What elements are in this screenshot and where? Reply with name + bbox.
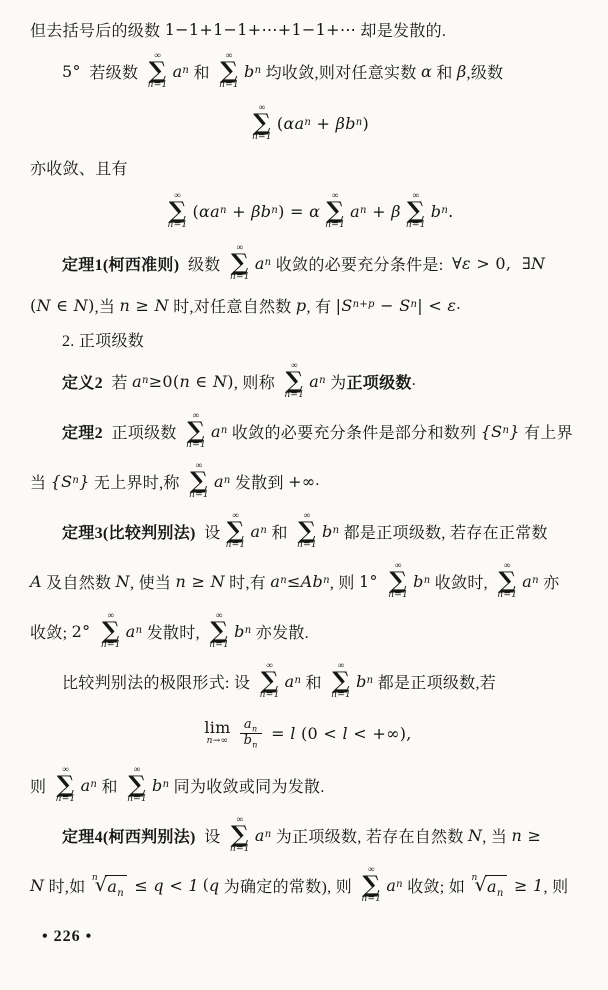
sigma-glyph: ∑ (332, 670, 350, 692)
math-variable: } (509, 422, 519, 441)
summation-lower-limit: n=1 (101, 641, 121, 651)
math-variable: ≤Ab (287, 572, 323, 591)
summation-lower-limit: n=1 (497, 591, 517, 601)
math-variable: {S (51, 472, 73, 491)
text-run: . (315, 472, 319, 490)
text-run: 若级数 (81, 60, 143, 83)
sigma-glyph: ∑ (298, 520, 316, 542)
theorem-4-continuation: N 时,如 n√an ≤ q < 1 (q 为确定的常数), 则 ∞∑n=1an… (30, 860, 586, 910)
theorem-2-line: 定理2 正项级数 ∞∑n=1an 收敛的必要充分条件是部分和数列 {Sn} 有上… (30, 406, 586, 456)
summation-symbol: ∞∑n=1 (186, 411, 206, 452)
text-run: 级数 (179, 252, 225, 275)
math-variable: βb (251, 202, 271, 221)
text-run: 若 (103, 370, 132, 393)
math-variable: a (522, 572, 532, 591)
summation-symbol: ∞∑n=1 (127, 765, 147, 806)
summation-lower-limit: n=1 (168, 221, 188, 231)
subscript: n (497, 888, 504, 899)
theorem-2-continuation: 当 {Sn} 无上界时,称 ∞∑n=1an 发散到 +∞. (30, 456, 586, 506)
sigma-glyph: ∑ (187, 420, 205, 442)
math-run: 2° (72, 622, 96, 641)
math-variable: a (126, 622, 136, 641)
doc-body: 但去括号后的级数 1−1+1−1+⋯+1−1+⋯ 却是发散的.5° 若级数 ∞∑… (30, 12, 586, 910)
summation-lower-limit: n=1 (148, 81, 168, 91)
summation-lower-limit: n=1 (226, 541, 246, 551)
text-run: 无上界时,称 (90, 470, 184, 493)
text-run: 却是发散的. (356, 18, 446, 41)
summation-symbol: ∞∑n=1 (260, 661, 280, 702)
radicand: an (105, 875, 127, 896)
sigma-glyph: ∑ (261, 670, 279, 692)
math-variable: b (431, 202, 442, 221)
summation-lower-limit: n=1 (186, 441, 206, 451)
text-run: , 有 (306, 294, 335, 317)
math-run: ≥0( (149, 372, 180, 391)
sigma-glyph: ∑ (498, 570, 516, 592)
summation-symbol: ∞∑n=1 (325, 191, 345, 232)
limit-subscript: n→∞ (207, 736, 229, 747)
textbook-page: 但去括号后的级数 1−1+1−1+⋯+1−1+⋯ 却是发散的.5° 若级数 ∞∑… (0, 0, 608, 990)
theorem-1-continuation: (N ∈ N),当 n ≥ N 时,对任意自然数 p, 有 |Sn+p − Sn… (30, 288, 586, 322)
math-run: + (227, 202, 251, 221)
text-run: 设 (196, 824, 225, 847)
summation-lower-limit: n=1 (361, 895, 381, 905)
bold-run: 定理1(柯西准则) (62, 252, 179, 275)
text-run: 为 (326, 370, 347, 393)
sigma-glyph: ∑ (326, 200, 344, 222)
summation-symbol: ∞∑n=1 (230, 815, 250, 856)
property-5-line: 5° 若级数 ∞∑n=1an 和 ∞∑n=1bn 均收敛,则对任意实数 α 和 … (30, 46, 586, 96)
text-run: 都是正项级数, 若存在正常数 (339, 520, 548, 543)
page-number: • 226 • (30, 928, 586, 946)
summation-lower-limit: n=1 (284, 391, 304, 401)
math-variable: a (251, 522, 261, 541)
summation-symbol: ∞∑n=1 (331, 661, 351, 702)
text-run: . (456, 296, 460, 314)
math-variable: A (30, 572, 42, 591)
math-run: . (448, 202, 453, 221)
formula-linear-combination: ∞∑n=1(αan + βbn) (30, 96, 586, 150)
text-run: 正项级数 (103, 420, 181, 443)
summation-lower-limit: n=1 (230, 273, 250, 283)
summation-symbol: ∞∑n=1 (148, 51, 168, 92)
math-variable: αa (199, 202, 220, 221)
summation-lower-limit: n=1 (331, 691, 351, 701)
limit-symbol: limn→∞ (204, 720, 230, 747)
text-run: 和 (267, 520, 292, 543)
math-variable: a (132, 372, 142, 391)
text-run: 均收敛,则对任意实数 (261, 60, 421, 83)
math-variable: a (285, 672, 295, 691)
text-run: , 则 (544, 874, 569, 897)
math-variable: βb (336, 114, 356, 133)
text-run: , 则称 (234, 370, 280, 393)
math-run: = (266, 724, 290, 743)
math-variable: b (152, 776, 163, 795)
bold-run: 定理2 (62, 420, 103, 443)
math-run: 5° (62, 62, 81, 81)
math-variable: b (322, 522, 333, 541)
math-variable: b (356, 672, 367, 691)
bold-run: 定义2 (62, 370, 103, 393)
sigma-glyph: ∑ (210, 620, 228, 642)
math-variable: a (350, 202, 360, 221)
math-variable: ≥ 1 (509, 876, 544, 895)
math-run: +∞ (288, 472, 315, 491)
math-run: 1° (359, 572, 383, 591)
text-run: 收敛时, (430, 570, 492, 593)
fraction-numerator: an (240, 718, 262, 733)
radicand: an (485, 875, 507, 896)
math-variable: ≤ q < 1 (129, 876, 199, 895)
summation-lower-limit: n=1 (252, 133, 272, 143)
sigma-glyph: ∑ (169, 200, 187, 222)
limit-form-conclusion: 则 ∞∑n=1an 和 ∞∑n=1bn 同为收敛或同为发散. (30, 760, 586, 810)
math-variable: n ≥ N (175, 572, 224, 591)
sigma-glyph: ∑ (253, 112, 271, 134)
math-run: ∀ (452, 254, 462, 273)
text-run: ,级数 (467, 60, 504, 83)
also-converges-line: 亦收敛、且有 (30, 150, 586, 184)
formula-limit-ratio: limn→∞anbn = l (0 < l < +∞), (30, 706, 586, 760)
text-run: , 则 (330, 570, 359, 593)
text-run: 和 (97, 774, 122, 797)
math-run: < +∞), (348, 724, 412, 743)
text-run: 发散到 (231, 470, 289, 493)
fraction-denominator: bn (240, 733, 262, 749)
summation-symbol: ∞∑n=1 (168, 191, 188, 232)
text-run: . (412, 372, 416, 390)
math-variable: N (531, 254, 545, 273)
sigma-glyph: ∑ (285, 370, 303, 392)
summation-symbol: ∞∑n=1 (101, 611, 121, 652)
section-2-heading: 2. 正项级数 (30, 322, 586, 356)
math-run: ) (363, 114, 370, 133)
summation-symbol: ∞∑n=1 (252, 103, 272, 144)
text-run: 同为收敛或同为发散. (169, 774, 324, 797)
text-run: 2. 正项级数 (62, 328, 144, 351)
summation-lower-limit: n=1 (127, 795, 147, 805)
text-run: ,当 (95, 294, 120, 317)
math-run: + (311, 114, 335, 133)
sigma-glyph: ∑ (57, 774, 75, 796)
math-variable: n ≥ (511, 826, 541, 845)
fraction: anbn (240, 718, 262, 749)
text-run: 发散时, (142, 620, 204, 643)
summation-lower-limit: n=1 (209, 641, 229, 651)
text-run: ( (199, 876, 209, 894)
text-run: 和 (432, 60, 457, 83)
math-variable: |S (336, 296, 353, 315)
text-run: 当 (30, 470, 51, 493)
summation-lower-limit: n=1 (56, 795, 76, 805)
text-run: 比较判别法的极限形式: 设 (62, 670, 255, 693)
definition-2-line: 定义2 若 an≥0(n ∈ N), 则称 ∞∑n=1an 为正项级数. (30, 356, 586, 406)
math-variable: β (457, 62, 467, 81)
math-variable: ε (462, 254, 471, 273)
sigma-glyph: ∑ (149, 60, 167, 82)
theorem-4-line: 定理4(柯西判别法) 设 ∞∑n=1an 为正项级数, 若存在自然数 N, 当 … (30, 810, 586, 860)
subscript: n (117, 888, 124, 899)
math-run: > 0, ∃ (471, 254, 531, 273)
math-variable: N (468, 826, 482, 845)
sigma-glyph: ∑ (389, 570, 407, 592)
math-variable: αa (283, 114, 304, 133)
text-run: 收敛的必要充分条件是部分和数列 (228, 420, 481, 443)
limit-form-line: 比较判别法的极限形式: 设 ∞∑n=1an 和 ∞∑n=1bn 都是正项级数,若 (30, 656, 586, 706)
math-run: (0 < (296, 724, 343, 743)
math-variable: α (421, 62, 432, 81)
summation-symbol: ∞∑n=1 (388, 561, 408, 602)
math-variable: q (209, 876, 220, 895)
summation-symbol: ∞∑n=1 (406, 191, 426, 232)
math-variable: b (413, 572, 424, 591)
text-run: 时,对任意自然数 (169, 294, 296, 317)
math-variable: a (255, 254, 265, 273)
text-run: , 当 (482, 824, 511, 847)
summation-lower-limit: n=1 (230, 845, 250, 855)
sigma-glyph: ∑ (227, 520, 245, 542)
theorem-3-continuation-2: 收敛; 2° ∞∑n=1an 发散时, ∞∑n=1bn 亦发散. (30, 606, 586, 656)
bold-run: 正项级数 (346, 370, 411, 393)
summation-symbol: ∞∑n=1 (284, 361, 304, 402)
theorem-3-line: 定理3(比较判别法) 设∞∑n=1an 和 ∞∑n=1bn 都是正项级数, 若存… (30, 506, 586, 556)
math-variable: a (309, 372, 319, 391)
text-run: 及自然数 (42, 570, 116, 593)
nth-root: n√an (471, 875, 506, 896)
math-variable: α (309, 202, 320, 221)
summation-symbol: ∞∑n=1 (230, 243, 250, 284)
sigma-glyph: ∑ (102, 620, 120, 642)
sigma-glyph: ∑ (363, 874, 381, 896)
math-variable: a (81, 776, 91, 795)
text-run: , 使当 (130, 570, 176, 593)
math-run: ) = (278, 202, 309, 221)
sigma-glyph: ∑ (190, 470, 208, 492)
text-run: 为确定的常数), 则 (219, 874, 356, 897)
math-variable: N ∈ N (37, 296, 89, 315)
math-variable: {S (481, 422, 503, 441)
subscript: n (252, 740, 257, 749)
summation-lower-limit: n=1 (325, 221, 345, 231)
summation-symbol: ∞∑n=1 (497, 561, 517, 602)
limit-word: lim (204, 720, 230, 736)
summation-symbol: ∞∑n=1 (189, 461, 209, 502)
summation-symbol: ∞∑n=1 (56, 765, 76, 806)
summation-lower-limit: n=1 (388, 591, 408, 601)
sigma-glyph: ∑ (231, 252, 249, 274)
math-variable: a (386, 876, 396, 895)
summation-lower-limit: n=1 (219, 81, 239, 91)
text-run: 收敛; 如 (403, 874, 470, 897)
summation-lower-limit: n=1 (297, 541, 317, 551)
text-run: 时,如 (44, 874, 90, 897)
summation-lower-limit: n=1 (189, 491, 209, 501)
math-variable: N (116, 572, 130, 591)
math-variable: a (211, 422, 221, 441)
summation-symbol: ∞∑n=1 (297, 511, 317, 552)
math-variable: b (244, 62, 255, 81)
text-run: 亦发散. (251, 620, 309, 643)
math-variable: b (234, 622, 245, 641)
theorem-1-line: 定理1(柯西准则) 级数 ∞∑n=1an 收敛的必要充分条件是: ∀ε > 0,… (30, 238, 586, 288)
text-run: 收敛的必要充分条件是: (271, 252, 452, 275)
text-run: 为正项级数, 若存在自然数 (271, 824, 468, 847)
summation-symbol: ∞∑n=1 (219, 51, 239, 92)
math-variable: N (30, 876, 44, 895)
text-run: 和 (301, 670, 326, 693)
math-variable: a (255, 826, 265, 845)
text-run: 时,有 (225, 570, 271, 593)
formula-linearity-equation: ∞∑n=1(αan + βbn) = α∞∑n=1an + β∞∑n=1bn. (30, 184, 586, 238)
math-variable: n ≥ N (120, 296, 169, 315)
summation-lower-limit: n=1 (406, 221, 426, 231)
math-run: 1−1+1−1+⋯+1−1+⋯ (165, 20, 356, 39)
sigma-glyph: ∑ (231, 824, 249, 846)
math-variable: n ∈ N (179, 372, 227, 391)
bold-run: 定理4(柯西判别法) (62, 824, 196, 847)
text-run: 设 (196, 520, 221, 543)
text-run: 则 (30, 774, 51, 797)
math-run: + (367, 202, 391, 221)
math-variable: − S (375, 296, 411, 315)
paragraph-continuation: 但去括号后的级数 1−1+1−1+⋯+1−1+⋯ 却是发散的. (30, 12, 586, 46)
text-run: 和 (189, 60, 214, 83)
math-variable: p (296, 296, 307, 315)
sigma-glyph: ∑ (407, 200, 425, 222)
math-variable: β (391, 202, 401, 221)
math-variable: a (270, 572, 280, 591)
nth-root: n√an (92, 875, 127, 896)
text-run: 有上界 (520, 420, 573, 443)
summation-symbol: ∞∑n=1 (226, 511, 246, 552)
text-run: 都是正项级数,若 (373, 670, 496, 693)
math-variable: a (214, 472, 224, 491)
text-run: 亦 (539, 570, 560, 593)
math-variable: } (79, 472, 89, 491)
math-variable: | < ε (417, 296, 456, 315)
sigma-glyph: ∑ (128, 774, 146, 796)
text-run: 但去括号后的级数 (30, 18, 165, 41)
summation-symbol: ∞∑n=1 (209, 611, 229, 652)
bold-run: 定理3(比较判别法) (62, 520, 196, 543)
text-run: 亦收敛、且有 (30, 156, 128, 179)
summation-symbol: ∞∑n=1 (361, 865, 381, 906)
math-variable: a (173, 62, 183, 81)
text-run: 收敛; (30, 620, 72, 643)
theorem-3-continuation-1: A 及自然数 N, 使当 n ≥ N 时,有 an≤Abn, 则 1° ∞∑n=… (30, 556, 586, 606)
summation-lower-limit: n=1 (260, 691, 280, 701)
sigma-glyph: ∑ (220, 60, 238, 82)
